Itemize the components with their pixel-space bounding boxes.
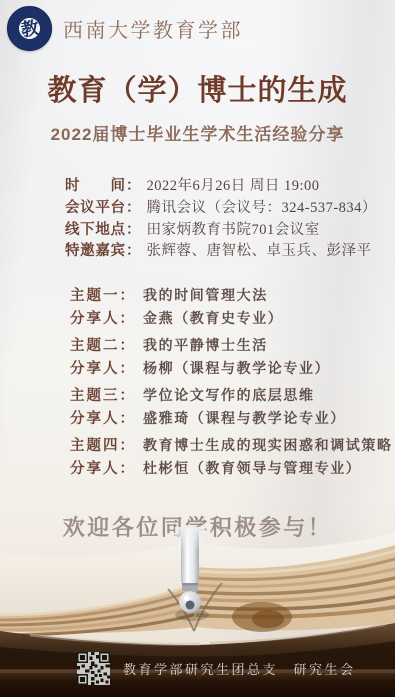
header: 教 西南大学教育学部 xyxy=(7,6,243,51)
detail-row: 时间 ： 2022年6月26日 周日 19:00 xyxy=(65,176,383,198)
topic-item: 主题三 ： 学位论文写作的底层思维 分享人 ： 盛雅琦（课程与教学论专业） xyxy=(70,388,387,428)
speaker-label: 分享人 xyxy=(70,311,120,328)
detail-row: 会议平台 ： 腾讯会议（会议号：324-537-834） xyxy=(65,198,383,220)
event-details: 时间 ： 2022年6月26日 周日 19:00 会议平台 ： 腾讯会议（会议号… xyxy=(65,176,383,263)
speaker-label: 分享人 xyxy=(70,361,120,378)
topic-item: 主题二 ： 我的平静博士生活 分享人 ： 杨柳（课程与教学论专业） xyxy=(70,338,387,378)
topic-title-row: 主题二 ： 我的平静博士生活 xyxy=(70,338,387,355)
colon: ： xyxy=(120,411,135,428)
detail-label: 会议平台 xyxy=(65,198,125,220)
topic-label: 主题四 xyxy=(70,438,120,455)
topic-item: 主题一 ： 我的时间管理大法 分享人 ： 金燕（教育史专业） xyxy=(70,288,387,328)
detail-value: 腾讯会议（会议号：324-537-834） xyxy=(147,198,377,220)
topic-speaker-row: 分享人 ： 杜彬恒（教育领导与管理专业） xyxy=(70,461,387,478)
topic-speaker-row: 分享人 ： 金燕（教育史专业） xyxy=(70,311,387,328)
detail-label: 线下地点 xyxy=(65,220,125,242)
topic-title-row: 主题四 ： 教育博士生成的现实困惑和调试策略 xyxy=(70,438,387,455)
university-logo: 教 xyxy=(7,6,52,51)
topic-item: 主题四 ： 教育博士生成的现实困惑和调试策略 分享人 ： 杜彬恒（教育领导与管理… xyxy=(70,438,387,478)
topic-list: 主题一 ： 我的时间管理大法 分享人 ： 金燕（教育史专业） 主题二 ： 我的平… xyxy=(70,288,387,488)
speaker-label: 分享人 xyxy=(70,461,120,478)
detail-value: 2022年6月26日 周日 19:00 xyxy=(147,176,320,198)
footer: 教育学部研究生团总支 研究生会 xyxy=(77,652,356,685)
colon: ： xyxy=(120,311,135,328)
speaker-name: 杜彬恒（教育领导与管理专业） xyxy=(143,461,361,478)
event-poster: 教 西南大学教育学部 教育（学）博士的生成 2022届博士毕业生学术生活经验分享… xyxy=(0,0,395,697)
topic-title: 我的时间管理大法 xyxy=(143,288,268,305)
speaker-name: 杨柳（课程与教学论专业） xyxy=(143,361,330,378)
topic-title-row: 主题一 ： 我的时间管理大法 xyxy=(70,288,387,305)
topic-label: 主题二 xyxy=(70,338,120,355)
topic-speaker-row: 分享人 ： 盛雅琦（课程与教学论专业） xyxy=(70,411,387,428)
colon: ： xyxy=(120,361,135,378)
colon: ： xyxy=(126,241,141,263)
detail-row: 线下地点 ： 田家炳教育书院701会议室 xyxy=(65,220,383,242)
poster-subtitle: 2022届博士毕业生学术生活经验分享 xyxy=(0,120,395,145)
colon: ： xyxy=(120,288,135,305)
colon: ： xyxy=(126,176,141,198)
colon: ： xyxy=(120,438,135,455)
topic-title: 教育博士生成的现实困惑和调试策略 xyxy=(143,438,393,455)
footer-text: 教育学部研究生团总支 研究生会 xyxy=(123,659,356,678)
colon: ： xyxy=(126,198,141,220)
detail-label: 特邀嘉宾 xyxy=(65,241,125,263)
qr-code xyxy=(77,652,110,685)
topic-speaker-row: 分享人 ： 杨柳（课程与教学论专业） xyxy=(70,361,387,378)
speaker-name: 盛雅琦（课程与教学论专业） xyxy=(143,411,346,428)
detail-value: 张辉蓉、唐智松、卓玉兵、彭泽平 xyxy=(147,241,372,263)
topic-label: 主题三 xyxy=(70,388,120,405)
colon: ： xyxy=(120,338,135,355)
topic-title: 我的平静博士生活 xyxy=(143,338,268,355)
topic-title: 学位论文写作的底层思维 xyxy=(143,388,315,405)
topic-label: 主题一 xyxy=(70,288,120,305)
university-logo-glyph: 教 xyxy=(19,18,39,38)
poster-title: 教育（学）博士的生成 xyxy=(0,68,395,109)
org-name: 西南大学教育学部 xyxy=(63,14,243,43)
detail-label: 时间 xyxy=(65,176,125,198)
speaker-name: 金燕（教育史专业） xyxy=(143,311,283,328)
colon: ： xyxy=(120,388,135,405)
detail-value: 田家炳教育书院701会议室 xyxy=(147,220,320,242)
colon: ： xyxy=(120,461,135,478)
speaker-label: 分享人 xyxy=(70,411,120,428)
detail-row: 特邀嘉宾 ： 张辉蓉、唐智松、卓玉兵、彭泽平 xyxy=(65,241,383,263)
colon: ： xyxy=(126,220,141,242)
topic-title-row: 主题三 ： 学位论文写作的底层思维 xyxy=(70,388,387,405)
